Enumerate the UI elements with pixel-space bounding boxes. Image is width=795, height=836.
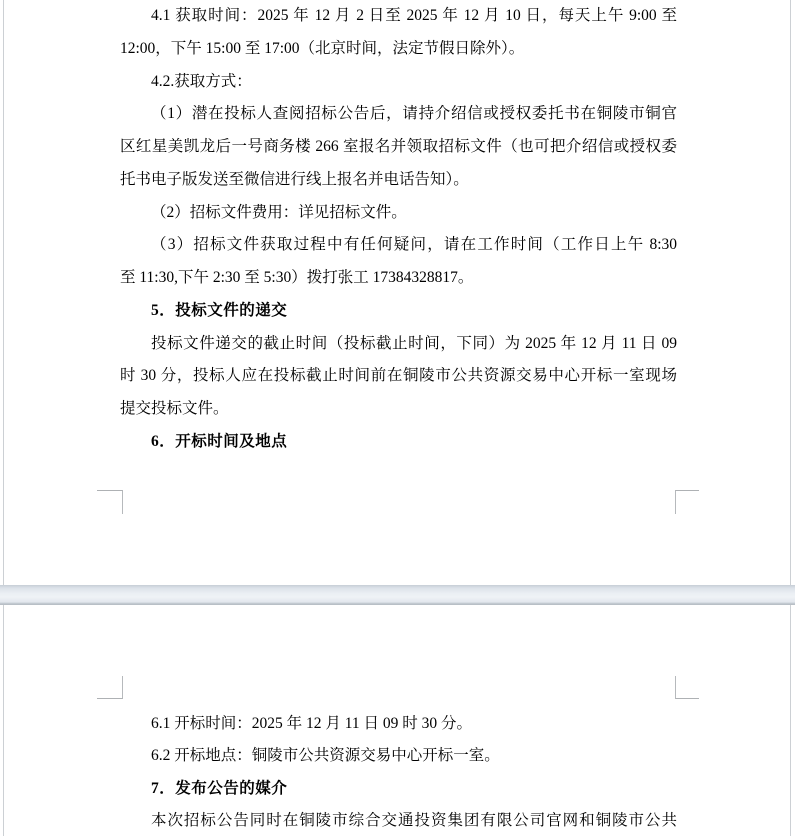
text-line[interactable]: 6.2 开标地点：铜陵市公共资源交易中心开标一室。: [120, 740, 677, 772]
text-line[interactable]: 6.1 开标时间：2025 年 12 月 11 日 09 时 30 分。: [120, 708, 677, 740]
page-gap: [0, 585, 795, 605]
page-1-text-column: 4.1 获取时间：2025 年 12 月 2 日至 2025 年 12 月 10…: [120, 0, 677, 459]
section-heading[interactable]: 7．发布公告的媒介: [120, 773, 677, 805]
text-line[interactable]: （3）招标文件获取过程中有任何疑问，请在工作时间（工作日上午 8:30: [120, 229, 677, 262]
text-line[interactable]: 12:00，下午 15:00 至 17:00（北京时间，法定节假日除外）。: [120, 33, 677, 66]
text-line[interactable]: 4.1 获取时间：2025 年 12 月 2 日至 2025 年 12 月 10…: [120, 0, 677, 33]
text-line[interactable]: 时 30 分，投标人应在投标截止时间前在铜陵市公共资源交易中心开标一室现场: [120, 360, 677, 393]
text-line[interactable]: 区红星美凯龙后一号商务楼 266 室报名并领取招标文件（也可把介绍信或授权委: [120, 131, 677, 164]
text-line[interactable]: 本次招标公告同时在铜陵市综合交通投资集团有限公司官网和铜陵市公共: [120, 805, 677, 836]
section-heading[interactable]: 5．投标文件的递交: [120, 295, 677, 328]
text-line[interactable]: 4.2.获取方式：: [120, 66, 677, 99]
text-line[interactable]: 提交投标文件。: [120, 393, 677, 426]
text-line[interactable]: 投标文件递交的截止时间（投标截止时间，下同）为 2025 年 12 月 11 日…: [120, 328, 677, 361]
text-line[interactable]: 托书电子版发送至微信进行线上报名并电话告知）。: [120, 164, 677, 197]
section-heading[interactable]: 6．开标时间及地点: [120, 426, 677, 459]
text-line[interactable]: 至 11:30,下午 2:30 至 5:30）拨打张工 17384328817。: [120, 262, 677, 295]
text-line[interactable]: （1）潜在投标人查阅招标公告后，请持介绍信或授权委托书在铜陵市铜官: [120, 98, 677, 131]
page-2-text-column: 6.1 开标时间：2025 年 12 月 11 日 09 时 30 分。 6.2…: [120, 708, 677, 836]
text-line[interactable]: （2）招标文件费用：详见招标文件。: [120, 197, 677, 230]
